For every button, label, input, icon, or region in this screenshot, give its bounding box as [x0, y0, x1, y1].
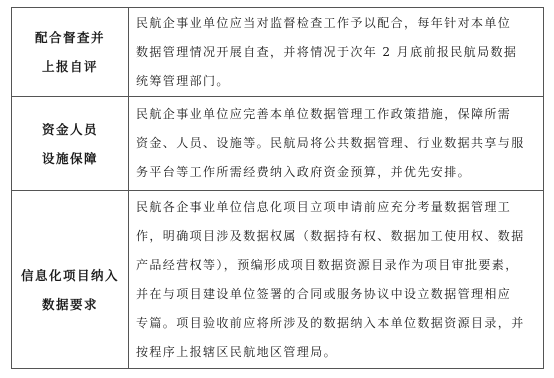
content-line: 并在与项目建设单位签署的合同或服务协议中设立数据管理相应: [136, 280, 537, 309]
row-label-line: 信息化项目纳入: [21, 261, 119, 290]
row-content: 民航企事业单位应当对监督检查工作予以配合，每年针对本单位 数据管理情况开展自查，…: [129, 8, 543, 96]
content-line: 民航各企事业单位信息化项目立项申请前应充分考量数据管理工: [136, 193, 537, 222]
row-label-line: 配合督查并: [35, 23, 105, 52]
content-line: 作，明确项目涉及数据权属（数据持有权、数据加工使用权、数据: [136, 222, 537, 251]
content-line: 民航企事业单位应完善本单位数据管理工作政策措施，保障所需: [136, 100, 537, 129]
content-line: 专篇。项目验收前应将所涉及的数据纳入本单位数据资源目录，并: [136, 309, 537, 338]
table-row-supervision: 配合督查并 上报自评 民航企事业单位应当对监督检查工作予以配合，每年针对本单位 …: [12, 8, 543, 96]
row-label-line: 设施保障: [42, 144, 98, 173]
table-row-it-projects: 信息化项目纳入 数据要求 民航各企事业单位信息化项目立项申请前应充分考量数据管理…: [12, 190, 543, 368]
content-line: 统筹管理部门。: [136, 67, 537, 96]
content-line: 民航企事业单位应当对监督检查工作予以配合，每年针对本单位: [136, 9, 537, 38]
row-content: 民航企事业单位应完善本单位数据管理工作政策措施，保障所需 资金、人员、设施等。民…: [129, 97, 543, 190]
content-line: 资金、人员、设施等。民航局将公共数据管理、行业数据共享与服: [136, 129, 537, 158]
row-label-line: 上报自评: [42, 52, 98, 81]
row-label: 信息化项目纳入 数据要求: [12, 191, 129, 368]
content-line: 产品经营权等），预编形成项目数据资源目录作为项目审批要素，: [136, 251, 537, 280]
policy-table: 配合督查并 上报自评 民航企事业单位应当对监督检查工作予以配合，每年针对本单位 …: [11, 7, 544, 369]
content-line: 按程序上报辖区民航地区管理局。: [136, 338, 537, 367]
row-label-line: 资金人员: [42, 115, 98, 144]
content-line: 务平台等工作所需经费纳入政府资金预算，并优先安排。: [136, 158, 537, 187]
row-label: 资金人员 设施保障: [12, 97, 129, 190]
row-label: 配合督查并 上报自评: [12, 8, 129, 96]
row-content: 民航各企事业单位信息化项目立项申请前应充分考量数据管理工 作，明确项目涉及数据权…: [129, 191, 543, 368]
row-label-line: 数据要求: [42, 290, 98, 319]
table-row-funding: 资金人员 设施保障 民航企事业单位应完善本单位数据管理工作政策措施，保障所需 资…: [12, 96, 543, 190]
content-line: 数据管理情况开展自查，并将情况于次年 2 月底前报民航局数据: [136, 38, 537, 67]
